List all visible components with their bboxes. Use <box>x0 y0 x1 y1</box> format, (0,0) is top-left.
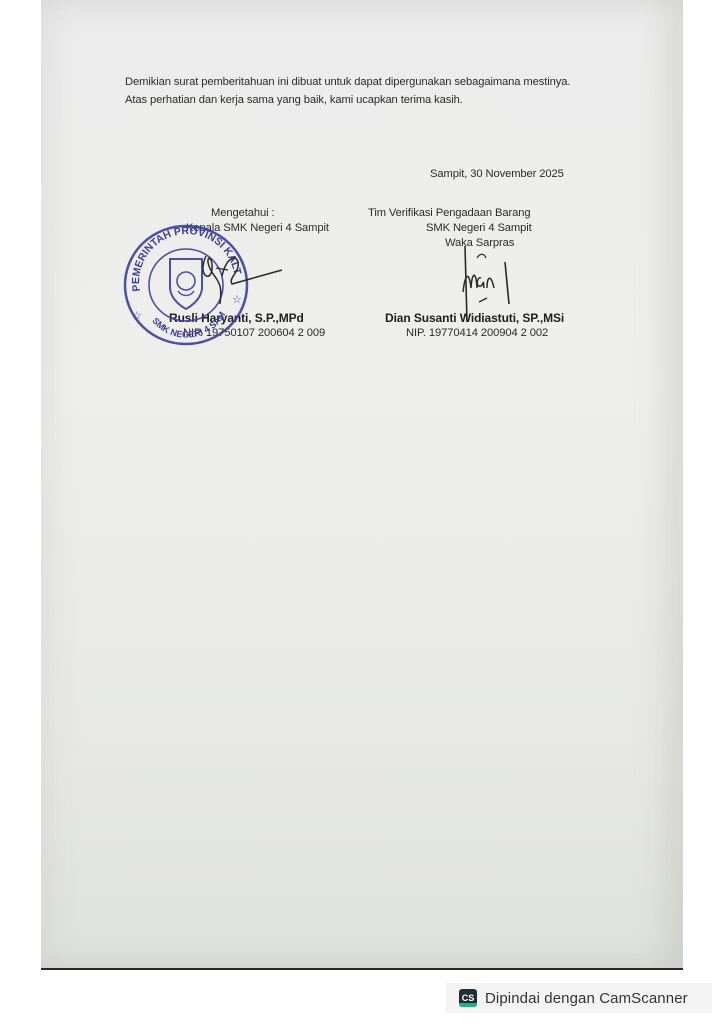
left-signature-icon <box>192 248 287 308</box>
closing-line-2: Atas perhatian dan kerja sama yang baik,… <box>125 94 463 106</box>
acknowledge-label: Mengetahui : <box>211 207 274 219</box>
scanned-document-page: Demikian surat pemberitahuan ini dibuat … <box>41 0 683 970</box>
verification-team: Tim Verifikasi Pengadaan Barang <box>368 207 531 219</box>
right-signatory-nip: NIP. 19770414 200904 2 002 <box>406 327 548 339</box>
place-date: Sampit, 30 November 2025 <box>430 168 564 180</box>
camscanner-watermark: CS Dipindai dengan CamScanner <box>446 983 712 1013</box>
camscanner-label: Dipindai dengan CamScanner <box>485 990 688 1007</box>
right-signature-icon <box>457 244 517 324</box>
camscanner-logo-icon: CS <box>459 989 477 1007</box>
right-signatory-school: SMK Negeri 4 Sampit <box>426 222 532 234</box>
svg-text:☆: ☆ <box>132 310 142 322</box>
closing-line-1: Demikian surat pemberitahuan ini dibuat … <box>125 76 570 88</box>
